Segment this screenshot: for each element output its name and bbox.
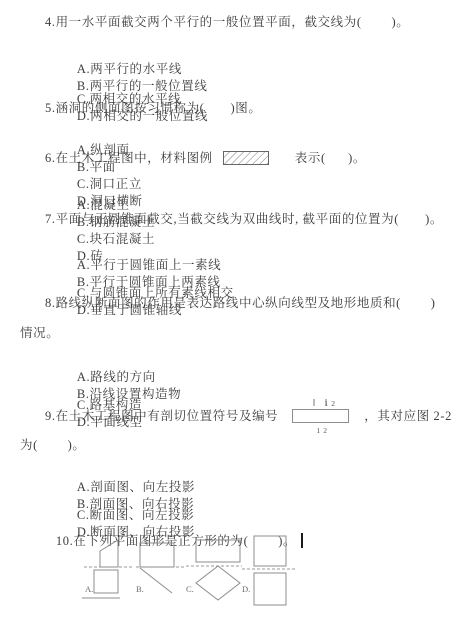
figure-b-label: B.: [136, 584, 144, 594]
q10-figures: A. B. C. D.: [80, 534, 298, 606]
q4-stem: 4.用一水平面截交两个平行的一般位置平面，截交线为( )。: [45, 14, 409, 31]
figure-a-label: A.: [85, 584, 93, 594]
q5-stem: 5.涵洞的侧面图按习惯称为( )图。: [45, 100, 261, 117]
figure-c-projection: C.: [186, 534, 242, 606]
q6-stem-before: 6.在土木工程图中，材料图例: [45, 150, 213, 167]
q8-stem-line2: 情况。: [20, 325, 59, 342]
figure-b-projection: B.: [136, 534, 186, 606]
text-cursor: [301, 533, 303, 548]
document-page: 4.用一水平面截交两个平行的一般位置平面，截交线为( )。 A.两平行的水平线 …: [0, 0, 461, 619]
q6-stem: 6.在土木工程图中，材料图例 表示( )。: [45, 146, 366, 170]
figure-a-projection: A.: [80, 534, 136, 606]
q9-stem-line2: 为( )。: [20, 437, 86, 454]
material-hatch-icon: [223, 151, 269, 165]
q7-stem: 7.平面与正圆锥面截交,当截交线为双曲线时, 截平面的位置为( )。: [45, 211, 443, 228]
cut-symbol-top-label: 1 2: [325, 399, 336, 408]
q9-stem-after: ，其对应图 2-2: [364, 408, 452, 425]
q9-stem-before: 9.在土木工程图中有剖切位置符号及编号: [45, 408, 278, 425]
q6-stem-after: 表示( )。: [295, 150, 366, 167]
cut-symbol-bottom-label: 1 2: [317, 426, 328, 435]
figure-d-label: D.: [242, 584, 250, 594]
section-cut-symbol-icon: 1 2 1 2: [290, 396, 354, 436]
figure-d-projection: D.: [242, 534, 298, 606]
q8-stem-line1: 8.路线纵断面图的作用是表达路线中心纵向线型及地形地质和( ): [45, 295, 436, 312]
q9-stem: 9.在土木工程图中有剖切位置符号及编号 1 2 1 2 ，其对应图 2-2: [45, 396, 452, 436]
figure-c-label: C.: [186, 584, 194, 594]
